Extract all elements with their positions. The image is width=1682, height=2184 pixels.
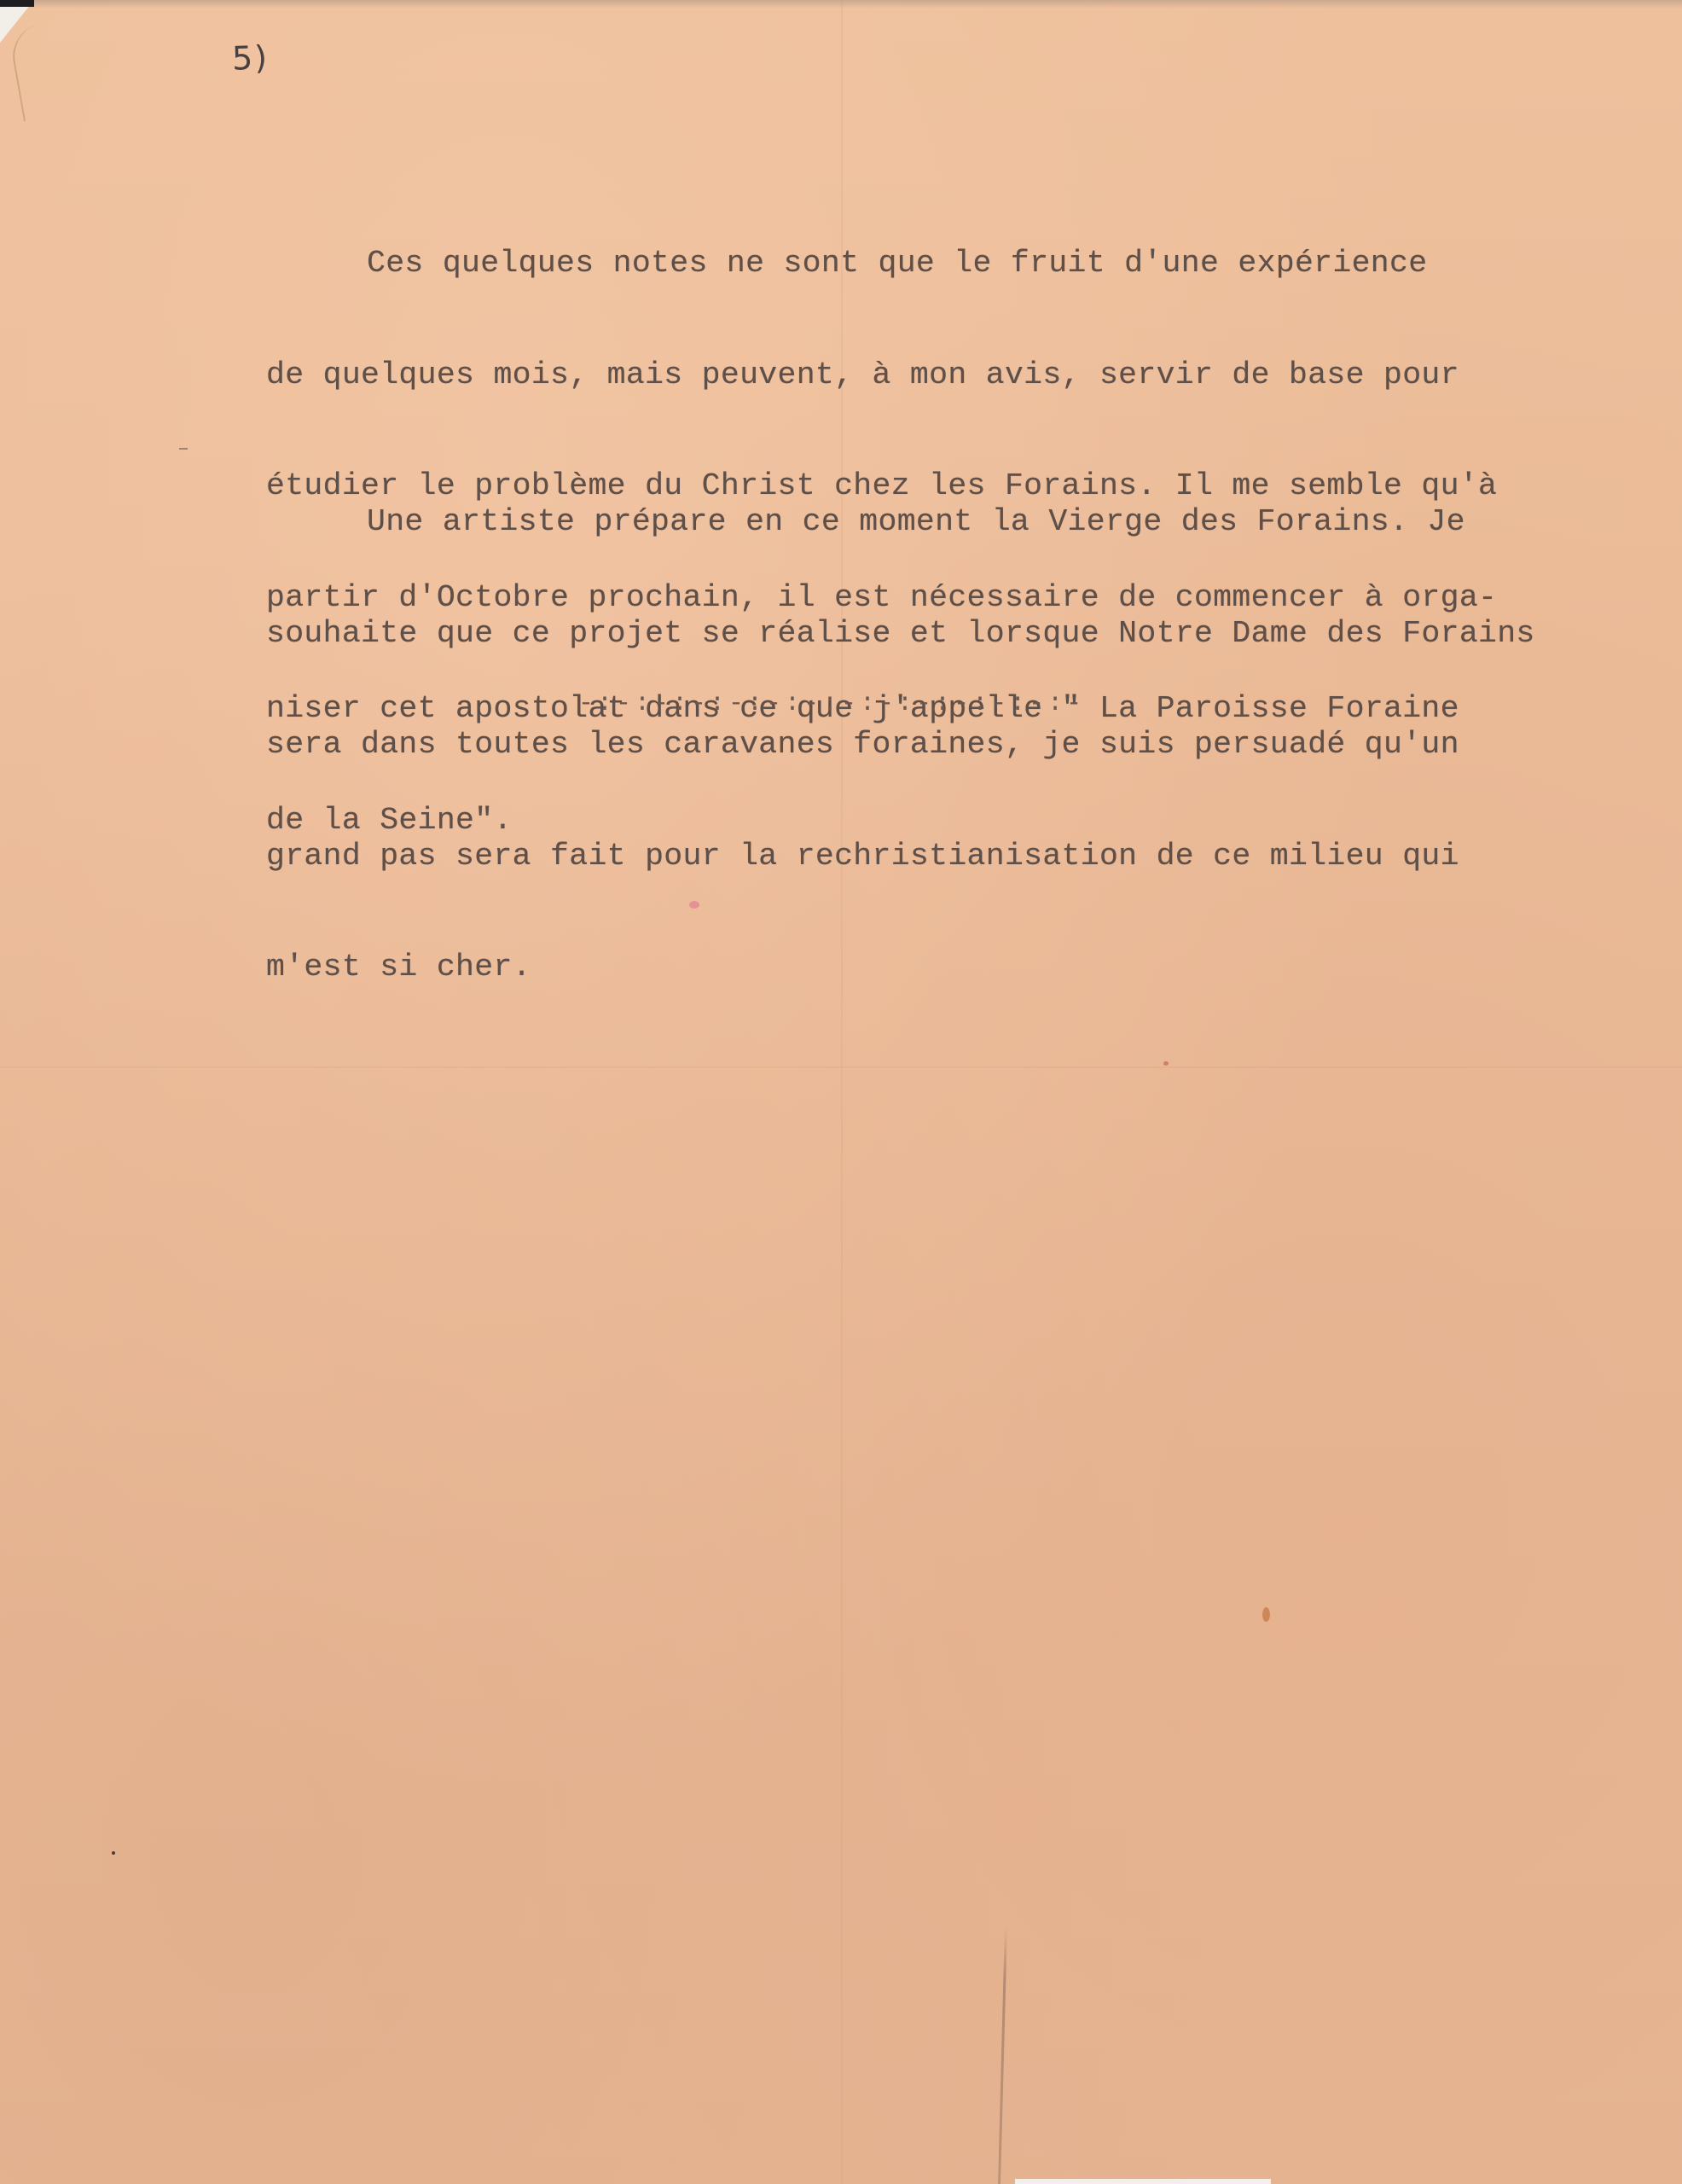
text-line: Ces quelques notes ne sont que le fruit …: [266, 245, 1497, 282]
paper-tear: [998, 1926, 1007, 2184]
page-number: 5): [231, 38, 270, 77]
paper-stain: [1262, 1607, 1270, 1622]
text-line: de quelques mois, mais peuvent, à mon av…: [266, 357, 1497, 394]
text-line: Une artiste prépare en ce moment la Vier…: [266, 503, 1535, 541]
paragraph-2: Une artiste prépare en ce moment la Vier…: [266, 429, 1535, 1060]
text-line: m'est si cher.: [266, 949, 1535, 986]
paper-crease-horizontal: [0, 1066, 1682, 1068]
ink-stain: [689, 901, 699, 909]
scan-border-corner: [0, 0, 34, 7]
paper-fold-corner: [8, 20, 76, 121]
margin-mark: [179, 448, 188, 450]
text-line: souhaite que ce projet se réalise et lor…: [266, 615, 1535, 653]
typewritten-page: 5) Ces quelques notes ne sont que le fru…: [0, 0, 1682, 2184]
text-line: sera dans toutes les caravanes foraines,…: [266, 726, 1535, 764]
paper-speck: [112, 1851, 115, 1855]
paper-bottom-edge: [1015, 2179, 1271, 2184]
text-line: grand pas sera fait pour la rechristiani…: [266, 838, 1535, 875]
paper-speck: [1163, 1061, 1169, 1066]
section-separator: -:-:-:-:-:-:-:-:-:-:-:-:-:-: [578, 689, 1085, 718]
